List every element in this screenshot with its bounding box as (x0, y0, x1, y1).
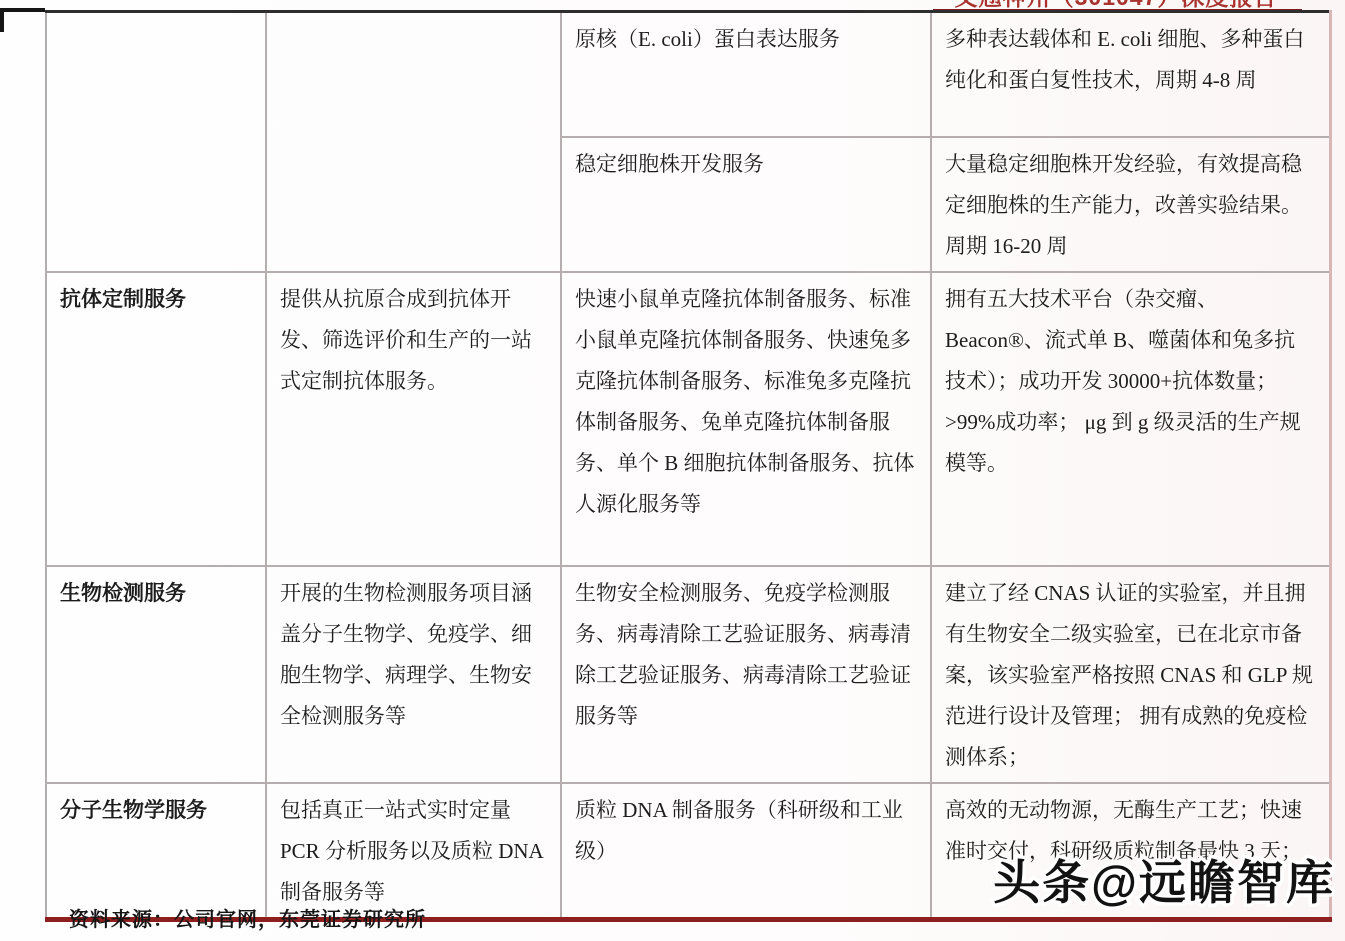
table-row: 抗体定制服务 提供从抗原合成到抗体开发、筛选评价和生产的一站式定制抗体服务。 快… (46, 272, 1330, 566)
advantage-cell: 多种表达载体和 E. coli 细胞、多种蛋白纯化和蛋白复性技术，周期 4-8 … (931, 12, 1330, 137)
category-cell: 生物检测服务 (46, 566, 266, 783)
description-cell: 开展的生物检测服务项目涵盖分子生物学、免疫学、细胞生物学、病理学、生物安全检测服… (266, 566, 561, 783)
description-cell: 包括真正一站式实时定量 PCR 分析服务以及质粒 DNA 制备服务等 (266, 783, 561, 920)
specific-service-cell: 质粒 DNA 制备服务（科研级和工业级） (561, 783, 931, 920)
report-page: 义翘神州（301047）深度报告 原核（E. coli）蛋白表达服务 多种表达载… (0, 0, 1345, 941)
specific-service-cell: 生物安全检测服务、免疫学检测服务、病毒清除工艺验证服务、病毒清除工艺验证服务、病… (561, 566, 931, 783)
top-left-rule (0, 8, 45, 12)
category-cell-empty (46, 12, 266, 272)
specific-service-cell: 原核（E. coli）蛋白表达服务 (561, 12, 931, 137)
page-header: 义翘神州（301047）深度报告 (930, 0, 1302, 9)
watermark-text: 头条@远瞻智库 (993, 857, 1335, 909)
table-row: 原核（E. coli）蛋白表达服务 多种表达载体和 E. coli 细胞、多种蛋… (46, 12, 1330, 137)
category-cell: 抗体定制服务 (46, 272, 266, 566)
specific-service-cell: 快速小鼠单克隆抗体制备服务、标准小鼠单克隆抗体制备服务、快速兔多克隆抗体制备服务… (561, 272, 931, 566)
services-table: 原核（E. coli）蛋白表达服务 多种表达载体和 E. coli 细胞、多种蛋… (45, 10, 1332, 922)
table-row: 生物检测服务 开展的生物检测服务项目涵盖分子生物学、免疫学、细胞生物学、病理学、… (46, 566, 1330, 783)
advantage-cell: 大量稳定细胞株开发经验，有效提高稳定细胞株的生产能力，改善实验结果。周期 16-… (931, 137, 1330, 272)
advantage-cell: 建立了经 CNAS 认证的实验室，并且拥有生物安全二级实验室，已在北京市备案，该… (931, 566, 1330, 783)
specific-service-cell: 稳定细胞株开发服务 (561, 137, 931, 272)
description-cell-empty (266, 12, 561, 272)
category-cell: 分子生物学服务 (46, 783, 266, 920)
page-edge-mark (0, 12, 4, 32)
advantage-cell: 拥有五大技术平台（杂交瘤、Beacon®、流式单 B、噬菌体和兔多抗技术）；成功… (931, 272, 1330, 566)
data-source-note: 资料来源：公司官网，东莞证券研究所 (69, 903, 426, 932)
description-cell: 提供从抗原合成到抗体开发、筛选评价和生产的一站式定制抗体服务。 (266, 272, 561, 566)
report-title: 义翘神州（301047）深度报告 (930, 0, 1302, 9)
